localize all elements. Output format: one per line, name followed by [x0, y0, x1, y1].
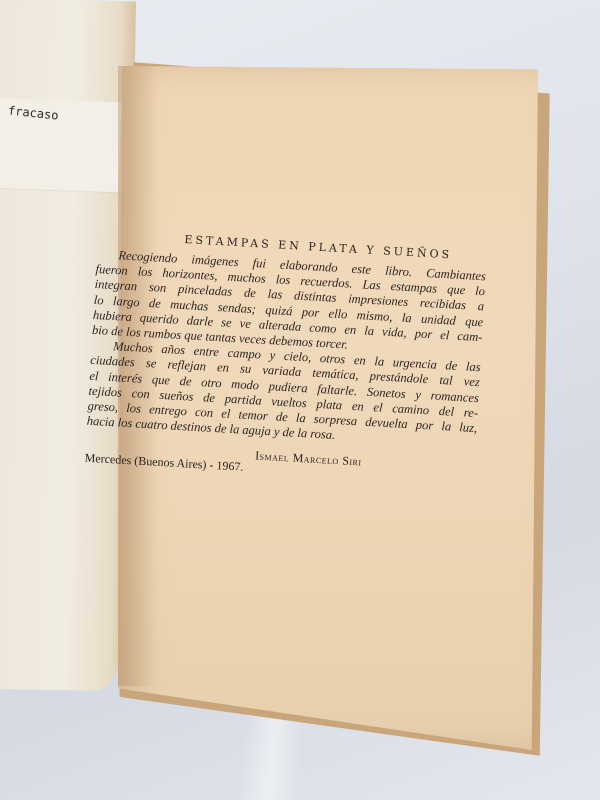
preface-paragraph: Recogiendo imágenes fui elaborando este …	[86, 247, 486, 452]
preface-text-block: ESTAMPAS EN PLATA Y SUEÑOS Recogiendo im…	[84, 228, 487, 485]
author-name: Ismael Marcelo Siri	[255, 449, 362, 470]
